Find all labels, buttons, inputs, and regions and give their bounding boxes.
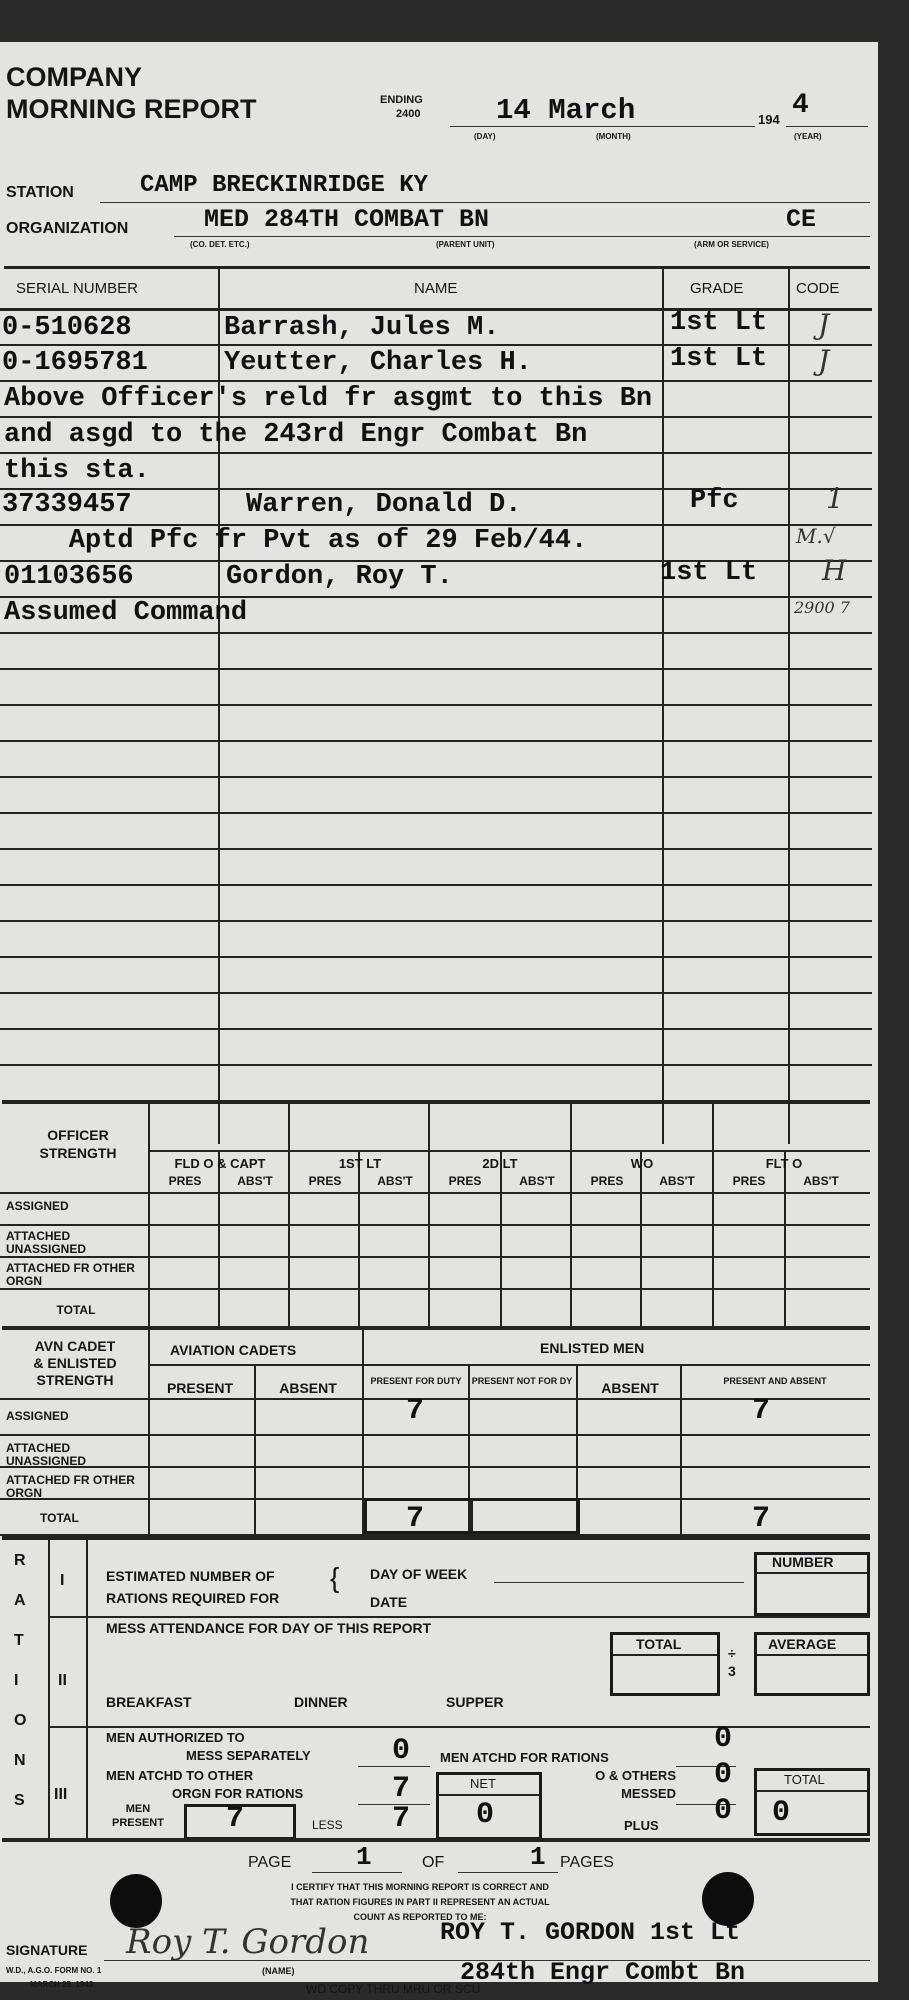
authorized-line: [358, 1766, 430, 1767]
officer-row-label: TOTAL: [6, 1304, 146, 1317]
row8-code: H: [822, 554, 846, 587]
report-year: 4: [792, 90, 809, 121]
page-line: [312, 1872, 402, 1873]
officer-row-rule: [0, 1288, 870, 1290]
officer-row-rule: [0, 1256, 870, 1258]
typed-name: ROY T. GORDON 1st Lt: [440, 1918, 740, 1947]
col-em-absent: ABSENT: [578, 1380, 682, 1396]
page-label: PAGE: [248, 1854, 291, 1872]
rations-total-rule: [757, 1790, 867, 1792]
enlisted-header-rule: [0, 1398, 870, 1400]
row6-name: Warren, Donald D.: [246, 490, 521, 520]
men-present-line2: PRESENT: [100, 1816, 176, 1830]
authorized-line1: MEN AUTHORIZED TO: [106, 1730, 245, 1745]
officer-group-0: FLD O & CAPT: [150, 1156, 290, 1171]
rations-total-label: TOTAL: [784, 1772, 825, 1787]
number-box-rule: [757, 1572, 867, 1574]
section2-num: II: [58, 1672, 67, 1690]
roster-row-line: [0, 1028, 872, 1030]
row6-code: 1: [826, 482, 844, 515]
enlisted-label-line3: STRENGTH: [8, 1372, 142, 1389]
officer-row-rule: [0, 1224, 870, 1226]
page-value: 1: [356, 1842, 372, 1872]
row2-serial: 0-1695781: [2, 348, 148, 378]
station-underline: [100, 202, 870, 203]
less-label: LESS: [312, 1818, 343, 1832]
atchd-other-value: 7: [392, 1772, 410, 1806]
row9-remark: Assumed Command: [4, 598, 247, 628]
section3-num: III: [54, 1786, 67, 1804]
men-present-value: 7: [226, 1802, 244, 1836]
col-name: NAME: [414, 280, 457, 297]
enlisted-row-label: TOTAL: [40, 1512, 180, 1525]
row1-name: Barrash, Jules M.: [224, 313, 499, 343]
breakfast-label: BREAKFAST: [106, 1694, 192, 1710]
total-box-divider: [470, 1498, 473, 1532]
atchd-other-line1: MEN ATCHD TO OTHER: [106, 1768, 253, 1783]
rations-letter: S: [14, 1792, 25, 1810]
report-date: 14 March: [496, 94, 635, 127]
authorized-line2: MESS SEPARATELY: [186, 1748, 311, 1763]
row4-remark: and asgd to the 243rd Engr Combat Bn: [4, 420, 587, 450]
mess-total-rule: [613, 1654, 717, 1656]
section1-num: I: [60, 1572, 64, 1590]
morning-report-form: COMPANY MORNING REPORT ENDING 2400 14 Ma…: [0, 42, 878, 1982]
certify-line1: I CERTIFY THAT THIS MORNING REPORT IS CO…: [200, 1880, 640, 1895]
roster-top-rule: [4, 266, 870, 269]
parent-unit-caption: (PARENT UNIT): [436, 240, 495, 249]
col-present-not-for-dy: PRESENT NOT FOR DY: [470, 1374, 574, 1388]
row8-serial: 01103656: [4, 562, 134, 592]
col-cadets-absent: ABSENT: [256, 1380, 360, 1396]
year-prefix: 194: [758, 112, 780, 127]
year-underline: [786, 126, 868, 127]
col-present-and-absent: PRESENT AND ABSENT: [700, 1374, 850, 1388]
net-label: NET: [470, 1776, 496, 1791]
organization-value: MED 284TH COMBAT BN: [204, 205, 489, 234]
ending-label: ENDING: [380, 94, 423, 106]
dinner-label: DINNER: [294, 1694, 348, 1710]
section1-bottom-rule: [48, 1616, 870, 1618]
wd-copy-note: WD COPY THRU MRU OR SCU: [306, 1982, 480, 1996]
rations-letter: A: [14, 1592, 26, 1610]
officer-strength-top-rule: [2, 1100, 870, 1104]
pages-value: 1: [530, 1842, 546, 1872]
officer-strength-label: OFFICER STRENGTH: [18, 1126, 138, 1162]
total-present-and-absent: 7: [752, 1502, 770, 1536]
enlisted-group-rule: [148, 1364, 870, 1366]
organization-label: ORGANIZATION: [6, 220, 128, 238]
assigned-present-and-absent: 7: [752, 1394, 770, 1428]
roster-row-line: [0, 380, 872, 382]
roster-row-line: [0, 776, 872, 778]
average-label: AVERAGE: [768, 1636, 836, 1652]
officer-group-2: 2D LT: [430, 1156, 570, 1171]
mess-total-label: TOTAL: [636, 1636, 681, 1652]
signature-label: SIGNATURE: [6, 1942, 87, 1958]
aviation-cadets-header: AVIATION CADETS: [170, 1342, 296, 1358]
brace: {: [330, 1562, 339, 1594]
row5-remark: this sta.: [4, 456, 150, 486]
enlisted-row-label: ATTACHED FR OTHER ORGN: [6, 1474, 146, 1500]
roster-row-line: [0, 416, 872, 418]
rations-letter: T: [14, 1632, 24, 1650]
officer-sub-header: PRES: [572, 1174, 642, 1188]
atchd-for-rations-value: 0: [714, 1722, 732, 1756]
rations-top-rule: [2, 1536, 870, 1540]
row8-name: Gordon, Roy T.: [226, 562, 453, 592]
rations-total-value: 0: [772, 1796, 790, 1830]
officer-sub-header: ABS'T: [786, 1174, 856, 1188]
row2-grade: 1st Lt: [670, 344, 767, 374]
officer-group-divider: [570, 1104, 572, 1326]
station-value: CAMP BRECKINRIDGE KY: [140, 172, 428, 199]
roster-row-line: [0, 1064, 872, 1066]
roster-row-line: [0, 668, 872, 670]
rations-letter: N: [14, 1752, 26, 1770]
officer-row-label: ATTACHED FR OTHER ORGN: [6, 1262, 146, 1288]
row2-code: J: [818, 344, 829, 377]
rations-letter: R: [14, 1552, 26, 1570]
officer-sub-header: ABS'T: [220, 1174, 290, 1188]
officer-group-divider: [428, 1104, 430, 1326]
month-caption: (MONTH): [596, 132, 631, 141]
officer-group-3: WO: [572, 1156, 712, 1171]
form-number: W.D., A.G.O. FORM NO. 1: [6, 1966, 101, 1975]
section1-line2: RATIONS REQUIRED FOR: [106, 1590, 279, 1606]
number-label: NUMBER: [772, 1554, 833, 1570]
form-title-line2: MORNING REPORT: [6, 94, 257, 124]
rations-bottom-rule: [2, 1838, 870, 1842]
rations-letter: O: [14, 1712, 26, 1730]
others-line2: MESSED: [600, 1786, 676, 1801]
col-serial-number: SERIAL NUMBER: [16, 280, 138, 297]
enlisted-top-rule: [2, 1326, 870, 1330]
officer-group-divider: [288, 1104, 290, 1326]
others-line1: O & OTHERS: [572, 1768, 676, 1783]
officer-strength-label-line2: STRENGTH: [18, 1144, 138, 1162]
rations-divider-1: [48, 1540, 50, 1838]
section1-line1: ESTIMATED NUMBER OF: [106, 1568, 275, 1584]
enlisted-row-label: ASSIGNED: [6, 1410, 146, 1423]
of-label: OF: [422, 1854, 444, 1872]
atchd-for-rations-label: MEN ATCHD FOR RATIONS: [440, 1750, 609, 1765]
typed-unit: 284th Engr Combt Bn: [460, 1958, 745, 1987]
row9-code: 2900 7: [794, 598, 850, 617]
roster-row-line: [0, 632, 872, 634]
pages-line: [458, 1872, 558, 1873]
row1-grade: 1st Lt: [670, 308, 767, 338]
roster-row-line: [0, 992, 872, 994]
roster-row-line: [0, 812, 872, 814]
row6-serial: 37339457: [2, 490, 132, 520]
officer-sub-header: ABS'T: [360, 1174, 430, 1188]
officer-group-divider: [148, 1104, 150, 1326]
col-grade: GRADE: [690, 280, 743, 297]
section2-bottom-rule: [48, 1726, 870, 1728]
officer-header-rule: [0, 1192, 870, 1194]
date-label: DATE: [370, 1594, 407, 1610]
roster-row-line: [0, 956, 872, 958]
enlisted-men-header: ENLISTED MEN: [540, 1340, 644, 1356]
name-caption: (NAME): [262, 1966, 295, 1976]
officer-sub-header: PRES: [290, 1174, 360, 1188]
handwritten-signature[interactable]: Roy T. Gordon: [126, 1922, 369, 1962]
ending-time: 2400: [396, 108, 420, 120]
date-underline: [450, 126, 755, 127]
men-present-line1: MEN: [100, 1802, 176, 1816]
col-cadets-present: PRESENT: [148, 1380, 252, 1396]
officer-group-rule: [148, 1150, 870, 1152]
col-divider-2: [662, 268, 664, 1144]
col-code: CODE: [796, 280, 839, 297]
row7-remark: Aptd Pfc fr Pvt as of 29 Feb/44.: [4, 526, 587, 556]
co-det-caption: (CO. DET. ETC.): [190, 240, 250, 249]
row8-grade: 1st Lt: [660, 558, 757, 588]
plus-label: PLUS: [624, 1818, 659, 1833]
row3-remark: Above Officer's reld fr asgmt to this Bn: [4, 384, 652, 414]
average-rule: [757, 1654, 867, 1656]
enlisted-label-line2: & ENLISTED: [8, 1355, 142, 1372]
enlisted-divider: [148, 1330, 150, 1536]
arm-caption: (ARM OR SERVICE): [694, 240, 769, 249]
pages-label: PAGES: [560, 1854, 614, 1872]
roster-row-line: [0, 920, 872, 922]
enlisted-row-label: ATTACHED UNASSIGNED: [6, 1442, 146, 1468]
others-value: 0: [714, 1758, 732, 1792]
mess-attendance-title: MESS ATTENDANCE FOR DAY OF THIS REPORT: [106, 1620, 431, 1636]
form-date: MARCH 25, 1943: [30, 1980, 93, 1989]
row2-name: Yeutter, Charles H.: [224, 348, 532, 378]
plus-value: 0: [714, 1794, 732, 1828]
row7-code: M.√: [796, 524, 836, 548]
officer-sub-header: ABS'T: [642, 1174, 712, 1188]
row6-grade: Pfc: [690, 486, 739, 516]
enlisted-strength-label: AVN CADET & ENLISTED STRENGTH: [8, 1338, 142, 1389]
arm-of-service-value: CE: [786, 205, 816, 234]
rations-divider-2: [86, 1540, 88, 1838]
roster-row-line: [0, 884, 872, 886]
day-of-week-line: [494, 1582, 744, 1583]
officer-group-1: 1ST LT: [290, 1156, 430, 1171]
day-caption: (DAY): [474, 132, 495, 141]
officer-group-4: FLT O: [714, 1156, 854, 1171]
form-title-line1: COMPANY: [6, 62, 142, 92]
less-value: 7: [392, 1802, 410, 1836]
roster-row-line: [0, 704, 872, 706]
roster-row-line: [0, 848, 872, 850]
atchd-other-line2: ORGN FOR RATIONS: [172, 1786, 303, 1801]
col-present-for-duty: PRESENT FOR DUTY: [366, 1374, 466, 1388]
roster-row-line: [0, 740, 872, 742]
men-present-label: MEN PRESENT: [100, 1802, 176, 1830]
officer-row-label: ATTACHED UNASSIGNED: [6, 1230, 146, 1256]
officer-group-divider: [712, 1104, 714, 1326]
net-rule: [439, 1794, 539, 1796]
officer-sub-header: PRES: [714, 1174, 784, 1188]
col-divider-3: [788, 268, 790, 1144]
row1-serial: 0-510628: [2, 313, 132, 343]
rations-letter: I: [14, 1672, 18, 1690]
roster-row-line: [0, 452, 872, 454]
officer-sub-header: PRES: [150, 1174, 220, 1188]
net-value: 0: [476, 1798, 494, 1832]
day-of-week-label: DAY OF WEEK: [370, 1566, 467, 1582]
divide-by-3: ÷ 3: [728, 1644, 738, 1680]
assigned-present-for-duty: 7: [406, 1394, 424, 1428]
supper-label: SUPPER: [446, 1694, 504, 1710]
row1-code: J: [818, 308, 829, 341]
authorized-value: 0: [392, 1734, 410, 1768]
officer-sub-header: ABS'T: [502, 1174, 572, 1188]
officer-strength-label-line1: OFFICER: [18, 1126, 138, 1144]
officer-row-label: ASSIGNED: [6, 1200, 146, 1213]
certify-line2: THAT RATION FIGURES IN PART II REPRESENT…: [200, 1895, 640, 1910]
punch-hole-left: [110, 1874, 162, 1928]
organization-underline: [174, 236, 870, 237]
enlisted-label-line1: AVN CADET: [8, 1338, 142, 1355]
enlisted-row-rule: [0, 1434, 870, 1436]
station-label: STATION: [6, 184, 74, 202]
officer-sub-header: PRES: [430, 1174, 500, 1188]
year-caption: (YEAR): [794, 132, 822, 141]
